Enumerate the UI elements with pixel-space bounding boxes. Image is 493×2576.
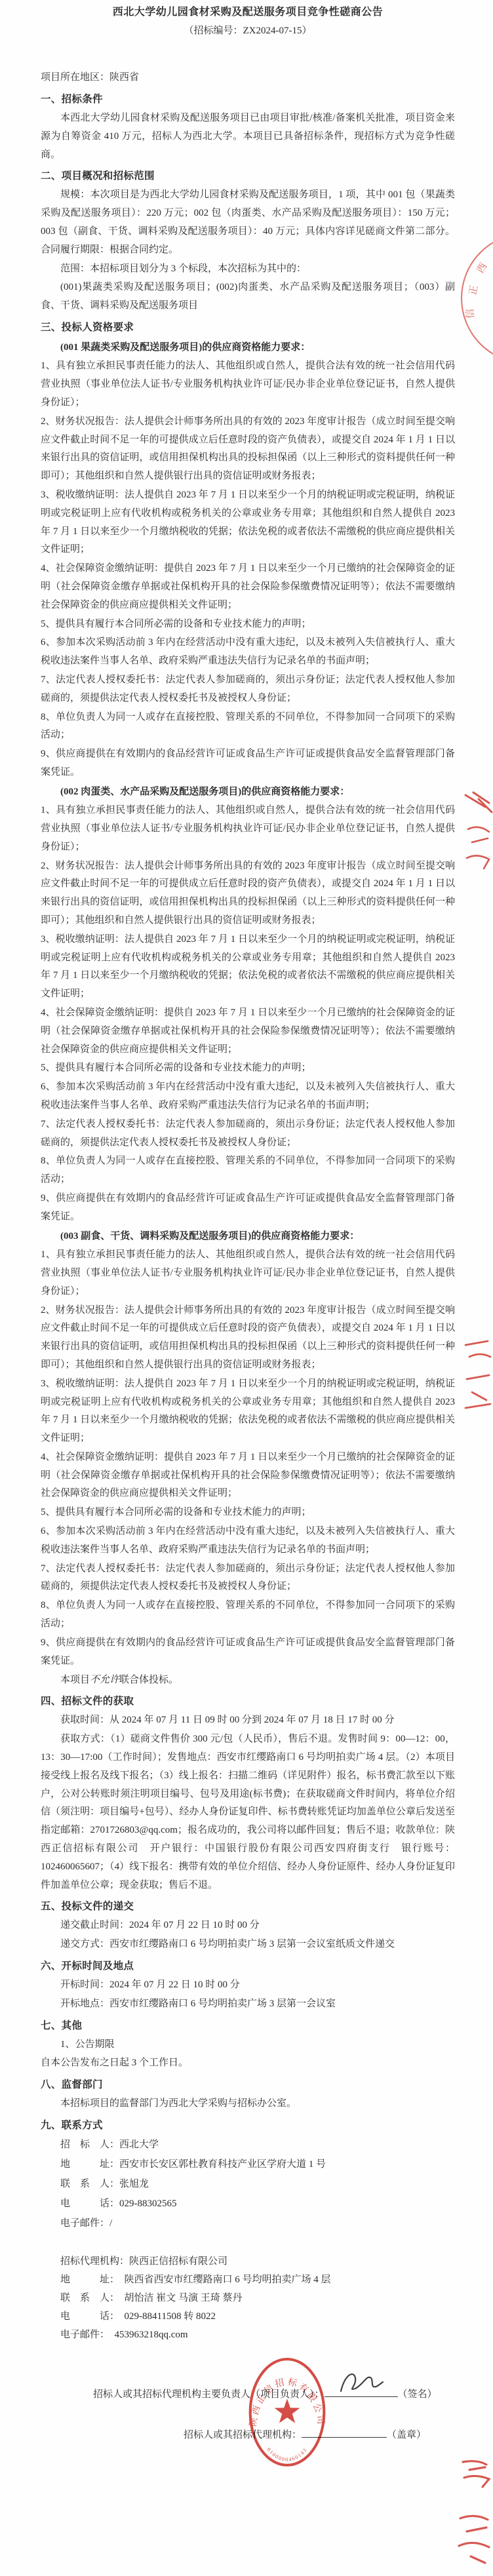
stamp-line-label: 招标人或其招标代理机构： [184,2430,302,2440]
red-annotation-middle [460,1337,493,1416]
section-2-heading: 二、项目概况和招标范围 [41,166,455,186]
agency-contact-line: 电子邮件： 453963218qq.com [41,2326,455,2344]
section-8-heading: 八、监督部门 [41,2075,455,2095]
section-5-heading: 五、投标文件的递交 [41,1896,455,1917]
qualification-item: 8、单位负责人为同一人或存在直接控股、管理关系的不同单位，不得参加同一合同项下的… [41,709,455,745]
section-7-body: 自本公告发布之日起 3 个工作日。 [41,2054,455,2073]
section-5-method: 递交方式：西安市红缨路南口 6 号均明拍卖广场 3 层第一会议室纸质文件递交 [41,1936,455,1954]
signature-line-principal: 招标人或其招标代理机构主要负责人（项目负责人）：（签名） [41,2385,455,2404]
edge-seal-arc [461,233,493,364]
signature-line-label: 招标人或其招标代理机构主要负责人（项目负责人）： [93,2389,325,2400]
section-4-heading: 四、招标文件的获取 [41,1691,455,1711]
svg-text:6100000460143: 6100000460143 [266,2447,308,2463]
agency-contact-line: 地 址： 陕西省西安市红缨路南口 6 号均明拍卖广场 4 层 [41,2271,455,2289]
joint-bid-note: 本项目不允许联合体投标。 [41,1671,455,1689]
company-seal-stamp: 陕西正信招标有限公司 6100000460143 [237,2356,337,2469]
qualification-item: 7、法定代表人授权委托书：法定代表人参加磋商的，须出示身份证；法定代表人授权他人… [41,1560,455,1597]
joint-bid-post: 联合体投标。 [119,1675,178,1685]
qualification-item: 6、参加本次采购活动前 3 年内在经营活动中没有重大违纪，以及未被列入失信被执行… [41,1523,455,1559]
qualification-item: 4、社会保障资金缴纳证明：提供自 2023 年 7 月 1 日以来至少一个月已缴… [41,560,455,614]
section-1-heading: 一、招标条件 [41,89,455,109]
seal-ring [250,2359,325,2465]
tenderer-contact-line: 电子邮件：/ [41,2214,455,2233]
qualification-item: 3、税收缴纳证明：法人提供自 2023 年 7 月 1 日以来至少一个月的纳税证… [41,1375,455,1448]
qualification-group-header: (001 果蔬类采购及配送服务项目)的供应商资格能力要求： [41,338,455,357]
stamp-underline [302,2428,387,2438]
qualification-item: 8、单位负责人为同一人或存在直接控股、管理关系的不同单位，不得参加同一合同项下的… [41,1597,455,1633]
tenderer-contact-line: 地 址：西安市长安区郭杜教育科技产业区学府大道 1 号 [41,2155,455,2174]
signature-line-agency: 招标人或其招标代理机构：（盖章） [41,2425,455,2445]
page-title: 西北大学幼儿园食材采购及配送服务项目竞争性磋商公告 [41,4,455,21]
qualification-item: 2、财务状况报告：法人提供会计师事务所出具的有效的 2023 年度审计报告（成立… [41,1302,455,1375]
section-4-time: 获取时间：从 2024 年 07 月 11 日 09 时 00 分到 2024 … [41,1711,455,1730]
edge-seal-char: 正 [465,284,481,296]
qualification-item-list: 1、具有独立承担民事责任能力的法人、其他组织或自然人，提供合法有效的统一社会信用… [41,802,455,1226]
section-3-heading: 三、投标人资格要求 [41,317,455,338]
section-5-deadline: 递交截止时间：2024 年 07 月 22 日 10 时 00 分 [41,1917,455,1935]
qualification-item: 9、供应商提供在有效期内的食品经营许可证或食品生产许可证或提供食品安全监督管理部… [41,745,455,782]
qualification-groups: (001 果蔬类采购及配送服务项目)的供应商资格能力要求： 1、具有独立承担民事… [41,338,455,1670]
qualification-item: 4、社会保障资金缴纳证明：提供自 2023 年 7 月 1 日以来至少一个月已缴… [41,1449,455,1503]
qualification-group-header: (002 肉蛋类、水产品采购及配送服务项目)的供应商资格能力要求： [41,783,455,802]
section-2-scale: 规模：本次项目是为西北大学幼儿园食材采购及配送服务项目，1 项，其中 001 包… [41,186,455,259]
section-8-body: 本招标项目的监督部门为西北大学采购与招标办公室。 [41,2095,455,2113]
tenderer-contact-block: 招 标 人：西北大学 地 址：西安市长安区郭杜教育科技产业区学府大道 1 号 联… [41,2136,455,2233]
tender-number: （招标编号：ZX2024-07-15） [41,21,455,41]
qualification-item: 7、法定代表人授权委托书：法定代表人参加磋商的，须出示身份证；法定代表人授权他人… [41,1116,455,1152]
edge-seal-char: 信 [462,308,477,319]
agency-contact-line: 电 话： 029-88411508 转 8022 [41,2308,455,2326]
section-4-method: 获取方式：（1）磋商文件售价 300 元/包（人民币），售后不退。发售时间 9：… [41,1730,455,1894]
qualification-item: 8、单位负责人为同一人或存在直接控股、管理关系的不同单位，不得参加同一合同项下的… [41,1152,455,1189]
qualification-item: 2、财务状况报告：法人提供会计师事务所出具的有效的 2023 年度审计报告（成立… [41,413,455,486]
qualification-item: 2、财务状况报告：法人提供会计师事务所出具的有效的 2023 年度审计报告（成立… [41,857,455,930]
red-annotation-top [459,790,493,895]
qualification-item: 7、法定代表人授权委托书：法定代表人参加磋商的，须出示身份证；法定代表人授权他人… [41,671,455,708]
qualification-item: 5、提供具有履行本合同所必需的设备和专业技术能力的声明； [41,1059,455,1078]
qualification-item-list: 1、具有独立承担民事责任能力的法人、其他组织或自然人，提供合法有效的统一社会信用… [41,1246,455,1670]
section-1-paragraph: 本西北大学幼儿园食材采购及配送服务项目已由项目审批/核准/备案机关批准，项目资金… [41,109,455,164]
signature-underline [325,2387,398,2397]
qualification-item: 5、提供具有履行本合同所必需的设备和专业技术能力的声明； [41,615,455,634]
qualification-group: (001 果蔬类采购及配送服务项目)的供应商资格能力要求： 1、具有独立承担民事… [41,338,455,782]
section-6-place: 开标地点：西安市红缨路南口 6 号均明拍卖广场 3 层第一会议室 [41,1995,455,2014]
qualification-item: 1、具有独立承担民事责任能力的法人、其他组织或自然人，提供合法有效的统一社会信用… [41,802,455,856]
qualification-group: (003 副食、干货、调料采购及配送服务项目)的供应商资格能力要求： 1、具有独… [41,1227,455,1671]
qualification-item: 5、提供具有履行本合同所必需的设备和专业技术能力的声明； [41,1504,455,1522]
section-2-scope: 范围：本招标项目划分为 3 个标段，本次招标为其中的： [41,260,455,279]
agency-contact-line: 联 系 人： 胡怡洁 崔文 马演 王琦 蔡丹 [41,2290,455,2307]
agency-contact-block: 招标代理机构：陕西正信招标有限公司 地 址： 陕西省西安市红缨路南口 6 号均明… [41,2253,455,2344]
seal-number: 6100000460143 [266,2447,308,2463]
edge-seal-char: 西 [473,260,490,276]
tenderer-contact-line: 招 标 人：西北大学 [41,2136,455,2155]
qualification-item: 3、税收缴纳证明：法人提供自 2023 年 7 月 1 日以来至少一个月的纳税证… [41,931,455,1004]
section-7-heading: 七、其他 [41,2016,455,2036]
tenderer-contact-line: 联 系 人：张旭龙 [41,2175,455,2194]
section-6-time: 开标时间：2024 年 07 月 22 日 10 时 00 分 [41,1976,455,1995]
document-content: 西北大学幼儿园食材采购及配送服务项目竞争性磋商公告 （招标编号：ZX2024-0… [41,4,455,2445]
joint-bid-pre: 本项目 [60,1675,90,1685]
signature-area: 招标人或其招标代理机构主要负责人（项目负责人）：（签名） 招标人或其招标代理机构… [41,2385,455,2445]
qualification-item: 4、社会保障资金缴纳证明：提供自 2023 年 7 月 1 日以来至少一个月已缴… [41,1004,455,1059]
qualification-item: 9、供应商提供在有效期内的食品经营许可证或食品生产许可证或提供食品安全监督管理部… [41,1190,455,1226]
qualification-item: 1、具有独立承担民事责任能力的法人、其他组织或自然人，提供合法有效的统一社会信用… [41,357,455,412]
signature-suffix: （签名） [398,2389,437,2400]
tenderer-contact-line: 电 话：029-88302565 [41,2195,455,2214]
joint-bid-emphasis: 不允许 [90,1675,119,1685]
section-6-heading: 六、开标时间及地点 [41,1956,455,1976]
qualification-group-header: (003 副食、干货、调料采购及配送服务项目)的供应商资格能力要求： [41,1227,455,1246]
section-2-lots: (001)果蔬类采购及配送服务项目；(002)肉蛋类、水产品采购及配送服务项目；… [41,279,455,315]
agency-contact-line: 招标代理机构：陕西正信招标有限公司 [41,2253,455,2271]
qualification-item: 6、参加本次采购活动前 3 年内在经营活动中没有重大违纪，以及未被列入失信被执行… [41,1078,455,1115]
qualification-item: 3、税收缴纳证明：法人提供自 2023 年 7 月 1 日以来至少一个月的纳税证… [41,486,455,559]
red-annotation-bottom [451,2458,492,2573]
stamp-suffix: （盖章） [387,2430,426,2440]
section-7-item: 1、公告期限 [41,2036,455,2054]
qualification-group: (002 肉蛋类、水产品采购及配送服务项目)的供应商资格能力要求： 1、具有独立… [41,783,455,1226]
qualification-item: 1、具有独立承担民事责任能力的法人、其他组织或自然人，提供合法有效的统一社会信用… [41,1246,455,1300]
qualification-item-list: 1、具有独立承担民事责任能力的法人、其他组织或自然人，提供合法有效的统一社会信用… [41,357,455,781]
qualification-item: 9、供应商提供在有效期内的食品经营许可证或食品生产许可证或提供食品安全监督管理部… [41,1634,455,1671]
qualification-item: 6、参加本次采购活动前 3 年内在经营活动中没有重大违纪，以及未被列入失信被执行… [41,634,455,671]
document-page: 西北大学幼儿园食材采购及配送服务项目竞争性磋商公告 （招标编号：ZX2024-0… [0,0,493,2576]
section-9-heading: 九、联系方式 [41,2115,455,2136]
project-region: 项目所在地区：陕西省 [41,68,455,87]
